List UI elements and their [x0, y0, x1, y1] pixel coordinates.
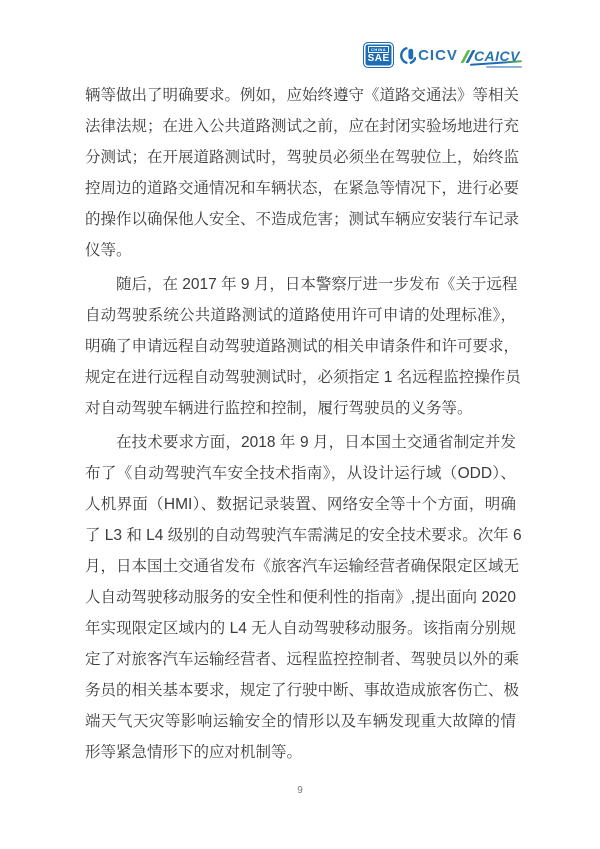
- china-sae-logo: CHINA SAE: [363, 42, 394, 68]
- caicv-tagline: [486, 66, 522, 68]
- text-line: 分测试；在开展道路测试时，驾驶员必须坐在驾驶位上，始终监: [85, 142, 516, 173]
- text-line: 月，日本国土交通省发布《旅客汽车运输经营者确保限定区域无: [85, 551, 516, 582]
- text-line: 法律法规；在进入公共道路测试之前，应在封闭实验场地进行充: [85, 111, 516, 142]
- document-body: 辆等做出了明确要求。例如，应始终遵守《道路交通法》等相关 法律法规；在进入公共道…: [85, 80, 516, 771]
- text-line: 形等紧急情形下的应对机制等。: [85, 737, 516, 768]
- text-line: 的操作以确保他人安全、不造成危害；测试车辆应安装行车记录: [85, 204, 516, 235]
- text-line: 布了《自动驾驶汽车安全技术指南》，从设计运行域（ODD）、: [85, 458, 516, 489]
- caicv-swoosh-icon: [470, 62, 522, 68]
- cicv-logo-text: CICV: [418, 47, 458, 64]
- text-line: 辆等做出了明确要求。例如，应始终遵守《道路交通法》等相关: [85, 80, 516, 111]
- cicv-logo: CICV: [400, 46, 458, 65]
- china-sae-logo-china-label: CHINA: [368, 46, 389, 53]
- text-line: 规定在进行远程自动驾驶测试时，必须指定 1 名远程监控操作员: [85, 362, 516, 393]
- text-line: 定了对旅客汽车运输经营者、远程监控控制者、驾驶员以外的乘: [85, 644, 516, 675]
- china-sae-logo-sae-label: SAE: [368, 54, 390, 64]
- text-line: 务员的相关基本要求，规定了行驶中断、事故造成旅客伤亡、极: [85, 675, 516, 706]
- caicv-underline-icon: [470, 60, 522, 66]
- text-line: 明确了申请远程自动驾驶道路测试的相关申请条件和许可要求，: [85, 331, 516, 362]
- text-line: 仪等。: [85, 235, 516, 266]
- text-line: 随后，在 2017 年 9 月，日本警察厅进一步发布《关于远程: [85, 269, 516, 300]
- text-line: 控周边的道路交通情况和车辆状态，在紧急等情况下，进行必要: [85, 173, 516, 204]
- text-line: 对自动驾驶车辆进行监控和控制，履行驾驶员的义务等。: [85, 393, 516, 424]
- text-line: 人自动驾驶移动服务的安全性和便利性的指南》,提出面向 2020: [85, 582, 516, 613]
- text-line: 了 L3 和 L4 级别的自动驾驶汽车需满足的安全技术要求。次年 6: [85, 520, 516, 551]
- paragraph: 在技术要求方面，2018 年 9 月，日本国土交通省制定并发 布了《自动驾驶汽车…: [85, 427, 516, 768]
- text-line: 年实现限定区域内的 L4 无人自动驾驶移动服务。该指南分别规: [85, 613, 516, 644]
- text-line: 在技术要求方面，2018 年 9 月，日本国土交通省制定并发: [85, 427, 516, 458]
- paragraph: 随后，在 2017 年 9 月，日本警察厅进一步发布《关于远程 自动驾驶系统公共…: [85, 269, 516, 424]
- header-logos: CHINA SAE CICV CAICV: [363, 42, 520, 68]
- text-line: 端天气天灾等影响运输安全的情形以及车辆发现重大故障的情: [85, 706, 516, 737]
- caicv-logo: CAICV: [464, 47, 520, 63]
- page-number: 9: [0, 785, 600, 796]
- text-line: 自动驾驶系统公共道路测试的道路使用许可申请的处理标准》，: [85, 300, 516, 331]
- cicv-mark-icon: [400, 46, 416, 65]
- text-line: 人机界面（HMI）、数据记录装置、网络安全等十个方面，明确: [85, 489, 516, 520]
- paragraph: 辆等做出了明确要求。例如，应始终遵守《道路交通法》等相关 法律法规；在进入公共道…: [85, 80, 516, 266]
